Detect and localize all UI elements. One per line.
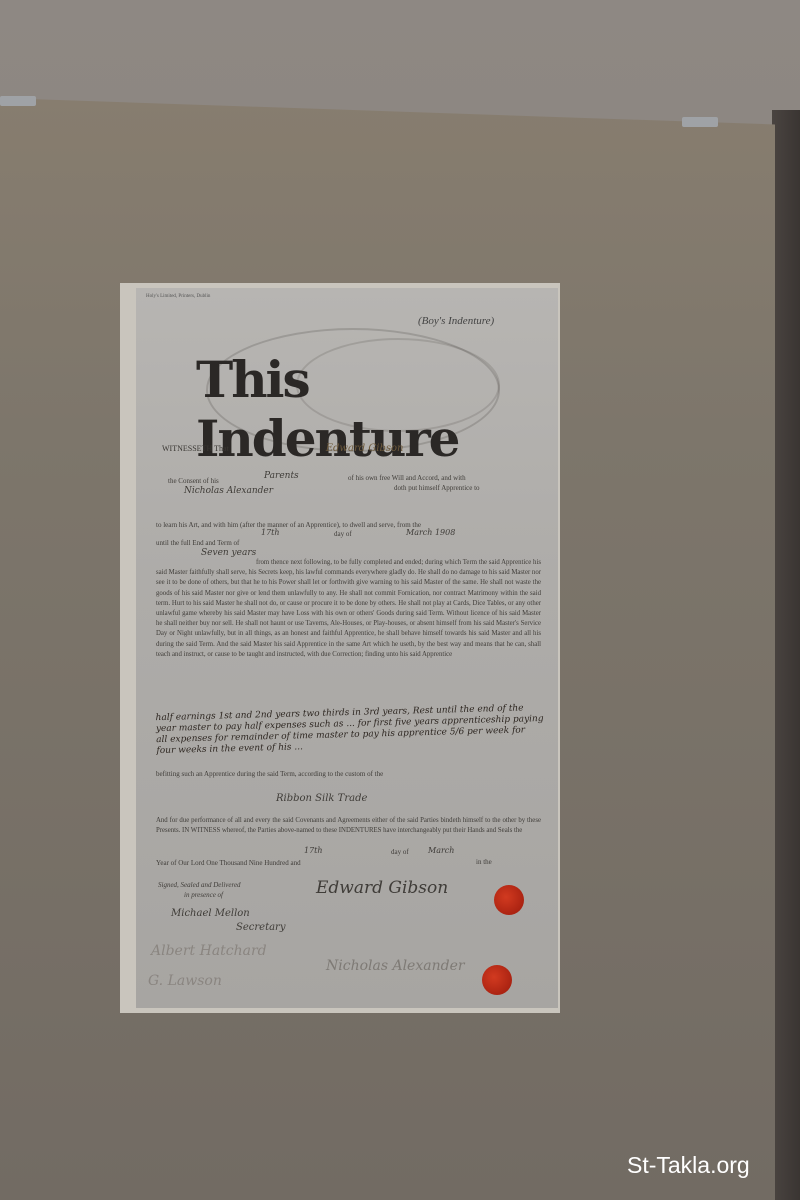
put-apprentice-line: doth put himself Apprentice to [394, 484, 480, 492]
in-the-label: in the [476, 858, 492, 866]
wax-seal-1 [494, 885, 524, 915]
mount-clip-left [0, 96, 36, 106]
day-value: 17th [261, 528, 280, 537]
signature-master: Nicholas Alexander [326, 958, 465, 974]
trade-name: Ribbon Silk Trade [276, 793, 367, 804]
signature-witness-2: Albert Hatchard [151, 943, 267, 959]
witness-1-title: Secretary [236, 922, 285, 933]
learn-art-line: to learn his Art, and with him (after th… [156, 521, 541, 530]
watermark: St-Takla.org [627, 1152, 750, 1179]
consent-line: the Consent of his [168, 477, 219, 485]
year-line: Year of Our Lord One Thousand Nine Hundr… [156, 859, 301, 867]
consent-party: Parents [264, 471, 299, 481]
apprentice-name: Edward Gibson [326, 443, 404, 454]
until-end-line: until the full End and Term of [156, 539, 239, 547]
witnesseth-label: WITNESSETH That [162, 444, 229, 453]
seal-month: March [428, 846, 454, 855]
performance-text: And for due performance of all and every… [156, 816, 541, 836]
befitting-line: befitting such an Apprentice during the … [156, 770, 383, 778]
signature-witness-1: Michael Mellon [171, 908, 250, 919]
handwritten-clause: half earnings 1st and 2nd years two thir… [155, 703, 546, 757]
signed-sealed-line: Signed, Sealed and Delivered [158, 881, 241, 889]
day-of-label: day of [334, 530, 352, 538]
covenant-body-text: from thence next following, to be fully … [156, 558, 541, 660]
indenture-document: Holy's Limited, Printers, Dublin (Boy's … [136, 288, 558, 1008]
wax-seal-2 [482, 965, 512, 995]
seal-day-of: day of [391, 848, 409, 856]
master-name: Nicholas Alexander [184, 486, 273, 496]
printer-line: Holy's Limited, Printers, Dublin [146, 294, 210, 299]
signature-apprentice: Edward Gibson [316, 878, 448, 898]
seal-day: 17th [304, 846, 323, 855]
term-value: Seven years [201, 548, 256, 558]
indenture-type-label: (Boy's Indenture) [418, 315, 494, 327]
mount-clip-right [682, 117, 718, 127]
display-case-edge [772, 110, 800, 1200]
signature-witness-3: G. Lawson [148, 973, 222, 989]
presence-line: in presence of [184, 891, 223, 899]
month-year: March 1908 [406, 528, 455, 537]
witnesseth-line: WITNESSETH That Edward Gibson [162, 443, 404, 454]
own-free-will-line: of his own free Will and Accord, and wit… [348, 474, 466, 482]
